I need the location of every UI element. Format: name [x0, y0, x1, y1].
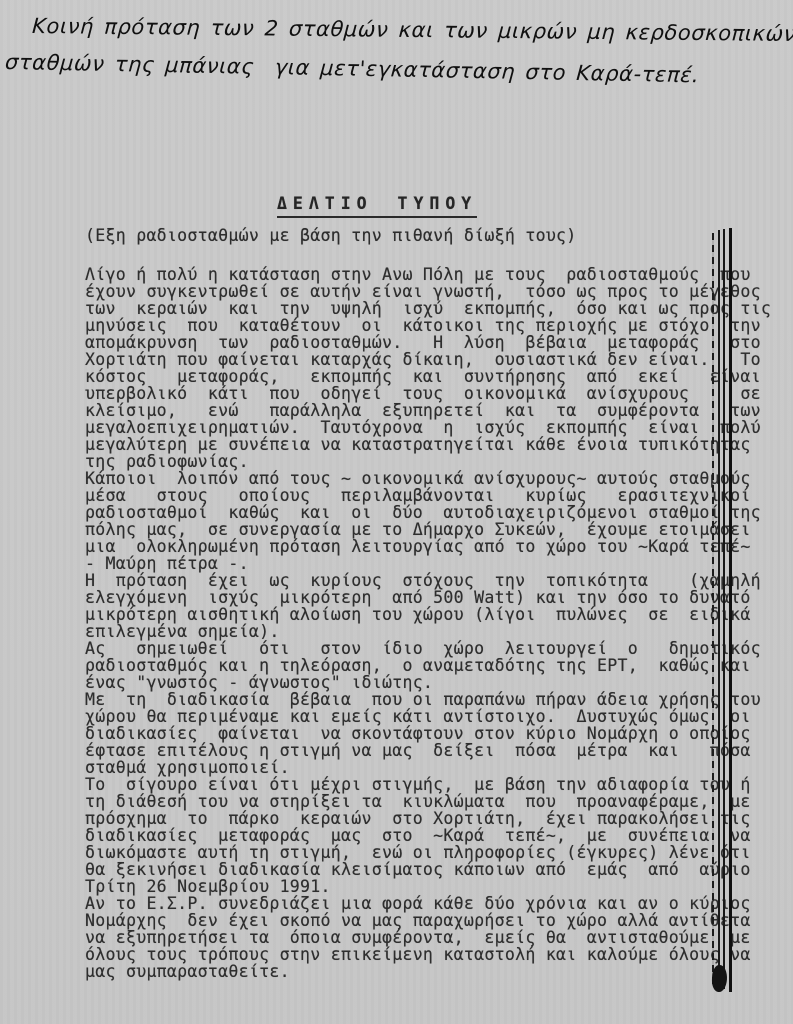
body-text-line: χώρου θα περιμέναμε και εμείς κάτι αντίσ…: [85, 708, 785, 725]
body-text-line: μας συμπαρασταθείτε.: [85, 963, 785, 980]
scan-ink-blob: [711, 965, 728, 993]
body-text-line: ελεγχόμενη ισχύς μικρότερη από 500 Watt)…: [85, 589, 785, 606]
body-text-line: διαδικασίες φαίνεται να σκοντάφτουν στον…: [85, 725, 785, 742]
body-text-line: κλείσιμο, ενώ παράλληλα εξυπηρετεί και τ…: [85, 402, 785, 419]
body-text-line: - Μαύρη πέτρα -.: [85, 555, 785, 572]
body-text-line: πρόσχημα το πάρκο κεραιών στο Χορτιάτη, …: [85, 810, 785, 827]
body-text-line: μια ολοκληρωμένη πρόταση λειτουργίας από…: [85, 538, 785, 555]
body-text-line: υπερβολικό κάτι που οδηγεί τους οικονομι…: [85, 385, 785, 402]
body-text-line: μεγαλύτερη με συνέπεια να καταστρατηγείτ…: [85, 436, 785, 453]
body-text-line: κόστος μεταφοράς, εκπομπής και συντήρηση…: [85, 368, 785, 385]
scan-fold-line-4: [729, 228, 732, 992]
scanned-press-release-page: Κοινή πρόταση των 2 σταθμών και των μικρ…: [0, 0, 793, 1024]
body-text-line: να εξυπηρετήσει τα όποια συμφέροντα, εμε…: [85, 929, 785, 946]
handwritten-note-line-1: Κοινή πρόταση των 2 σταθμών και των μικρ…: [31, 14, 793, 46]
body-text-line: Με τη διαδικασία βέβαια που οι παραπάνω …: [85, 691, 785, 708]
body-text-line: Αν το Ε.Σ.Ρ. συνεδριάζει μια φορά κάθε δ…: [85, 895, 785, 912]
press-release-title: ΔΕΛΤΙΟ ΤΥΠΟΥ: [277, 194, 477, 218]
body-text-line: Ας σημειωθεί ότι στον ίδιο χώρο λειτουργ…: [85, 640, 785, 657]
body-text-line: Η πρόταση έχει ως κυρίους στόχους την το…: [85, 572, 785, 589]
body-text-line: Λίγο ή πολύ η κατάσταση στην Ανω Πόλη με…: [85, 266, 785, 283]
body-text-line: μεγαλοεπιχειρηματιών. Ταυτόχρονα η ισχύς…: [85, 419, 785, 436]
body-text-line: Χορτιάτη που φαίνεται καταρχάς δίκαιη, ο…: [85, 351, 785, 368]
handwritten-note-line-2: σταθμών της μπάνιας για μετ'εγκατάσταση …: [4, 50, 700, 87]
body-text-line: διαδικασίες μεταφοράς μας στο ~Καρά τεπέ…: [85, 827, 785, 844]
body-text-line: επιλεγμένα σημεία).: [85, 623, 785, 640]
body-text-line: Το σίγουρο είναι ότι μέχρι στιγμής, με β…: [85, 776, 785, 793]
body-text-line: της ραδιοφωνίας.: [85, 453, 785, 470]
body-text-line: απομάκρυνση των ραδιοσταθμών. Η λύση βέβ…: [85, 334, 785, 351]
body-text-line: έχουν συγκεντρωθεί σε αυτήν είναι γνωστή…: [85, 283, 785, 300]
body-text-line: ραδιοσταθμοί καθώς και οι δύο αυτοδιαχει…: [85, 504, 785, 521]
press-release-body: Λίγο ή πολύ η κατάσταση στην Ανω Πόλη με…: [85, 266, 785, 980]
body-text-line: Τρίτη 26 Νοεμβρίου 1991.: [85, 878, 785, 895]
body-text-line: σταθμά χρησιμοποιεί.: [85, 759, 785, 776]
body-text-line: μικρότερη αισθητική αλοίωση του χώρου (λ…: [85, 606, 785, 623]
body-text-line: Κάποιοι λοιπόν από τους ~ οικονομικά ανί…: [85, 470, 785, 487]
body-text-line: ένας "γνωστός - άγνωστος" ιδιώτης.: [85, 674, 785, 691]
body-text-line: Νομάρχης δεν έχει σκοπό να μας παραχωρήσ…: [85, 912, 785, 929]
body-text-line: έφτασε επιτέλους η στιγμή να μας δείξει …: [85, 742, 785, 759]
body-text-line: διωκόμαστε αυτή τη στιγμή, ενώ οι πληροφ…: [85, 844, 785, 861]
body-text-line: μέσα στους οποίους περιλαμβάνονται κυρίω…: [85, 487, 785, 504]
body-text-line: των κεραιών και την υψηλή ισχύ εκπομπής,…: [85, 300, 785, 317]
scan-fold-line-1: [712, 233, 714, 985]
body-text-line: τη διάθεσή του να στηρίξει τα κιυκλώματα…: [85, 793, 785, 810]
body-text-line: μηνύσεις που καταθέτουν οι κάτοικοι της …: [85, 317, 785, 334]
body-text-line: ραδιοσταθμός και η τηλεόραση, ο αναμεταδ…: [85, 657, 785, 674]
scan-fold-line-2: [718, 230, 720, 988]
body-text-line: όλους τους τρόπους στην επικείμενη κατασ…: [85, 946, 785, 963]
body-text-line: θα ξεκινήσει διαδικασία κλεισίματος κάπο…: [85, 861, 785, 878]
press-release-subtitle: (Εξη ραδιοσταθμών με βάση την πιθανή δίω…: [85, 226, 577, 245]
body-text-line: πόλης μας, σε συνεργασία με το Δήμαρχο Σ…: [85, 521, 785, 538]
scan-fold-line-3: [723, 229, 725, 989]
